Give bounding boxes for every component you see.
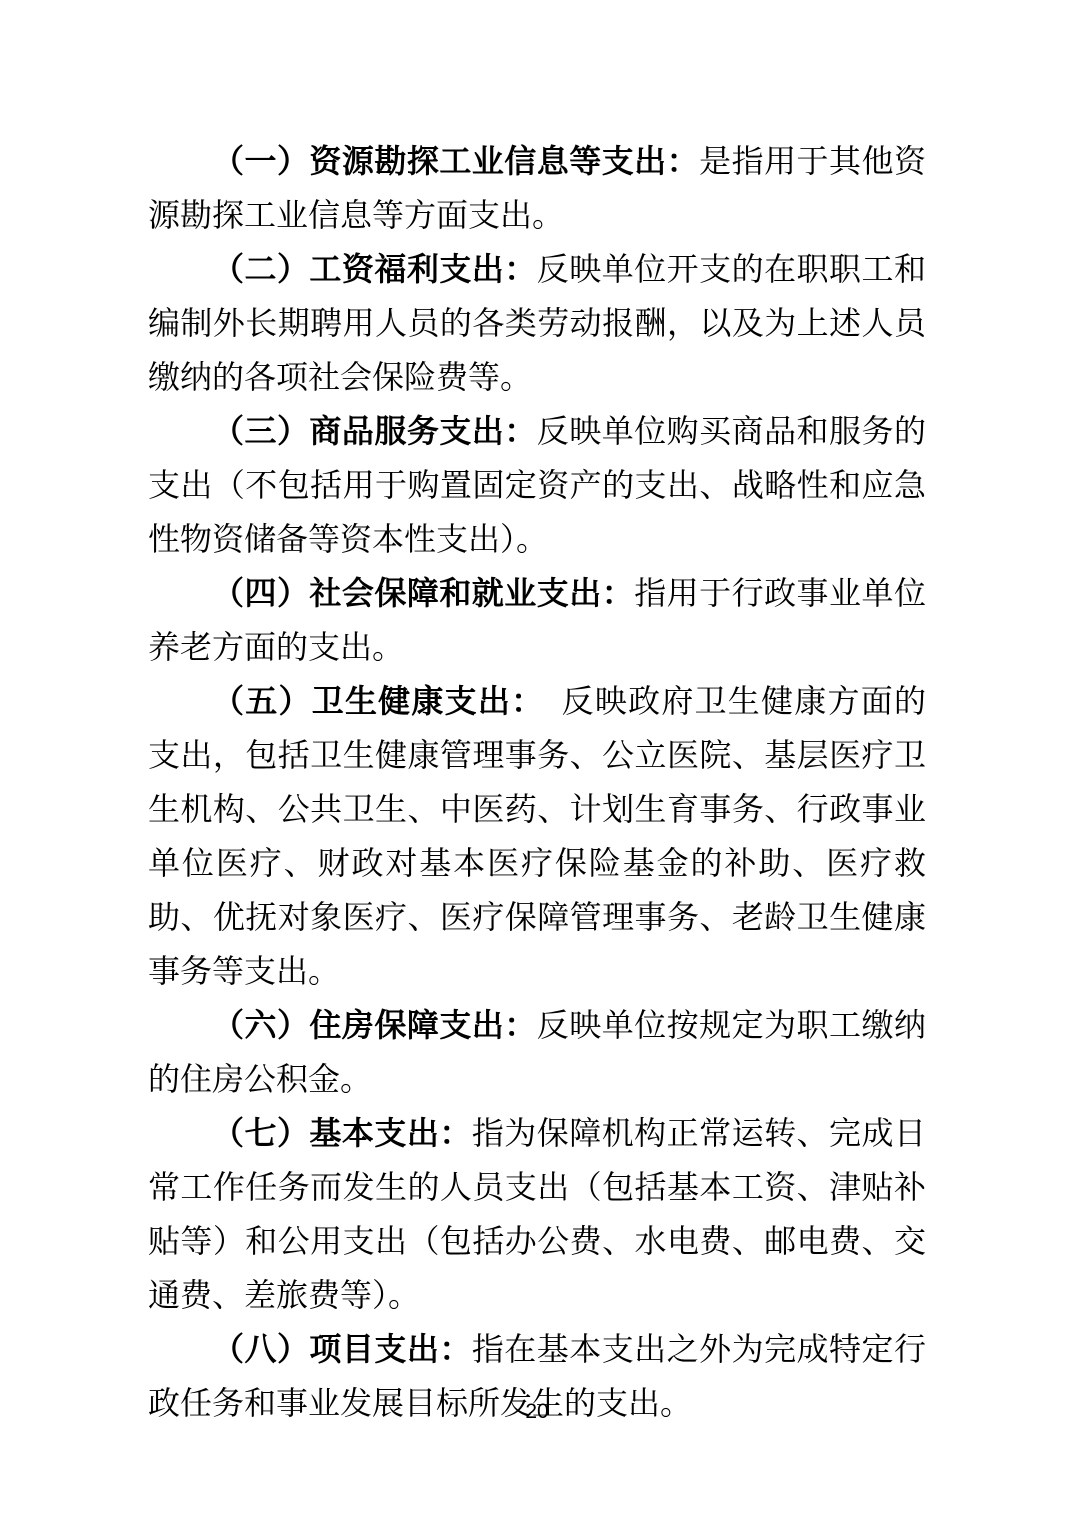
- paragraph-heading: （八）项目支出：: [212, 1331, 472, 1367]
- paragraph-heading: （六）住房保障支出：: [212, 1007, 537, 1043]
- paragraph-heading: （三）商品服务支出：: [212, 413, 537, 449]
- document-body: （一）资源勘探工业信息等支出：是指用于其他资源勘探工业信息等方面支出。 （二）工…: [148, 134, 926, 1430]
- page-number: 20: [0, 1400, 1074, 1424]
- paragraph-heading: （七）基本支出：: [212, 1115, 472, 1151]
- paragraph-heading: （五）卫生健康支出：: [212, 683, 528, 719]
- paragraph-item-7: （七）基本支出：指为保障机构正常运转、完成日常工作任务而发生的人员支出（包括基本…: [148, 1106, 926, 1322]
- paragraph-item-3: （三）商品服务支出：反映单位购买商品和服务的支出（不包括用于购置固定资产的支出、…: [148, 404, 926, 566]
- paragraph-item-1: （一）资源勘探工业信息等支出：是指用于其他资源勘探工业信息等方面支出。: [148, 134, 926, 242]
- paragraph-heading: （一）资源勘探工业信息等支出：: [212, 143, 699, 179]
- paragraph-text: 反映政府卫生健康方面的支出，包括卫生健康管理事务、公立医院、基层医疗卫生机构、公…: [148, 683, 926, 989]
- paragraph-heading: （二）工资福利支出：: [212, 251, 537, 287]
- paragraph-item-2: （二）工资福利支出：反映单位开支的在职职工和编制外长期聘用人员的各类劳动报酬，以…: [148, 242, 926, 404]
- paragraph-item-5: （五）卫生健康支出： 反映政府卫生健康方面的支出，包括卫生健康管理事务、公立医院…: [148, 674, 926, 998]
- paragraph-item-4: （四）社会保障和就业支出：指用于行政事业单位养老方面的支出。: [148, 566, 926, 674]
- document-page: （一）资源勘探工业信息等支出：是指用于其他资源勘探工业信息等方面支出。 （二）工…: [0, 0, 1074, 1520]
- paragraph-item-6: （六）住房保障支出：反映单位按规定为职工缴纳的住房公积金。: [148, 998, 926, 1106]
- paragraph-heading: （四）社会保障和就业支出：: [212, 575, 634, 611]
